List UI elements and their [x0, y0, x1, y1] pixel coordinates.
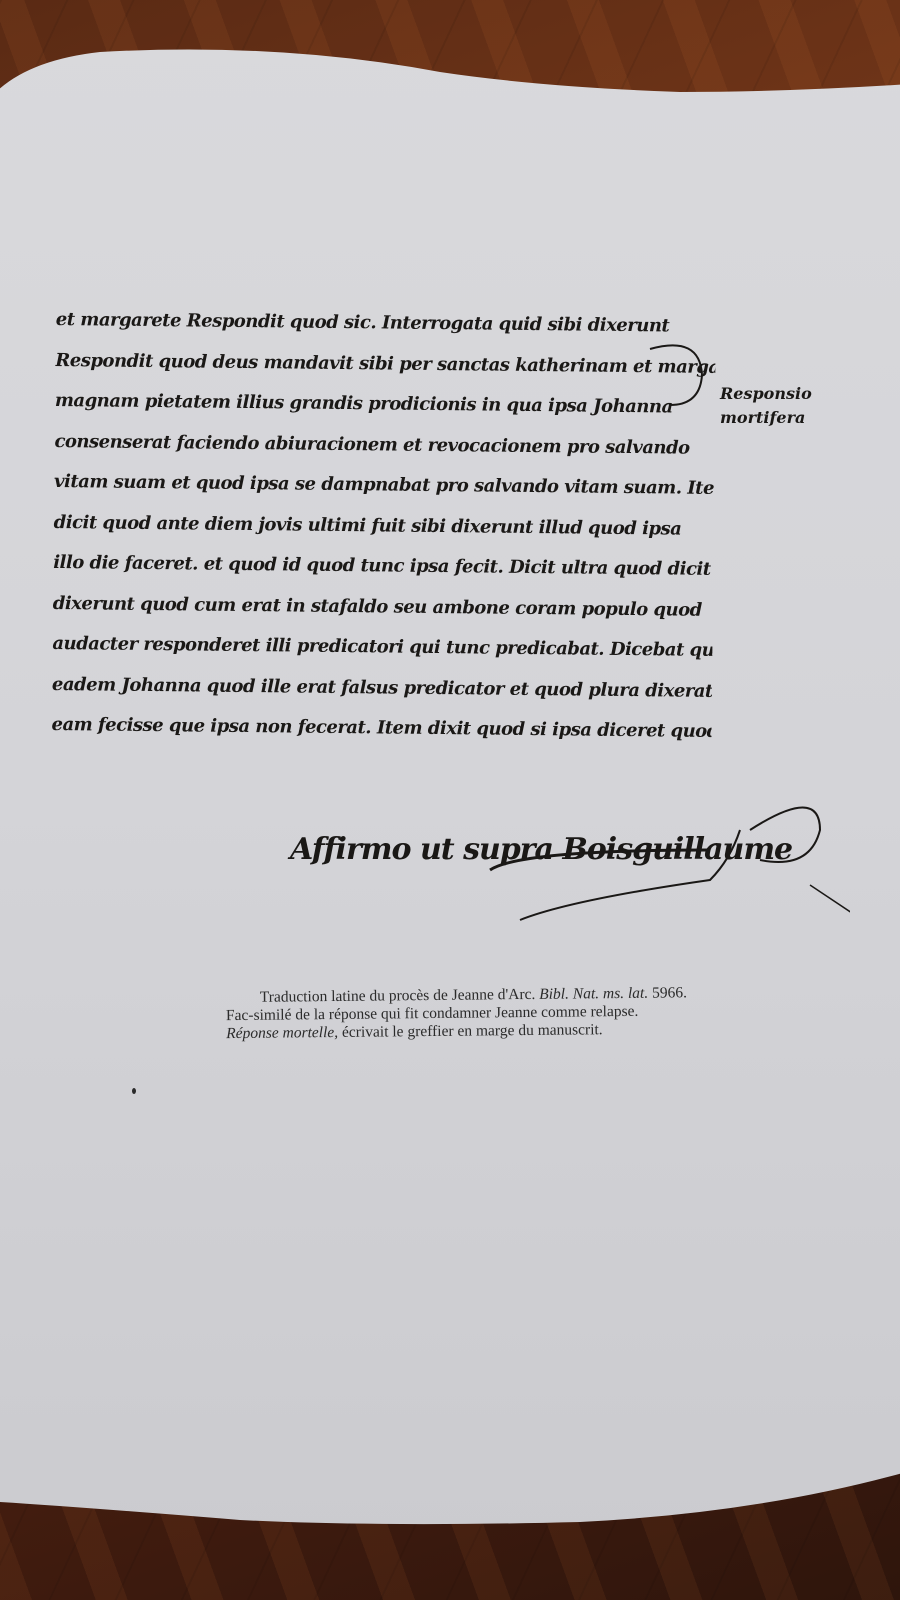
caption-source: Bibl. Nat. ms. lat.: [539, 985, 648, 1003]
manuscript-line: vitam suam et quod ipsa se dampnabat pro…: [54, 462, 714, 509]
ink-speck: [132, 1088, 136, 1094]
manuscript-line: eadem Johanna quod ille erat falsus pred…: [52, 664, 712, 711]
manuscript-line: eam fecisse que ipsa non fecerat. Item d…: [51, 705, 711, 752]
margin-note: Responsio mortifera: [720, 382, 812, 430]
bracket-flourish-icon: [640, 335, 710, 415]
manuscript-facsimile: et margarete Respondit quod sic. Interro…: [51, 300, 716, 752]
manuscript-line: magnam pietatem illius grandis prodicion…: [55, 381, 715, 428]
manuscript-line: consenserat faciendo abiuracionem et rev…: [54, 421, 714, 468]
manuscript-line: Respondit quod deus mandavit sibi per sa…: [55, 340, 715, 387]
manuscript-line: audacter responderet illi predicatori qu…: [52, 624, 712, 671]
margin-note-line: Responsio: [720, 382, 812, 406]
figure-caption: Traduction latine du procès de Jeanne d'…: [226, 983, 827, 1043]
manuscript-line: dixerunt quod cum erat in stafaldo seu a…: [53, 583, 713, 630]
notary-signature: Affirmo ut supra Boisguillaume: [290, 790, 850, 940]
signature-flourish-icon: [290, 790, 850, 940]
book-page: [0, 22, 900, 1542]
manuscript-line: dicit quod ante diem jovis ultimi fuit s…: [53, 502, 713, 549]
manuscript-line: illo die faceret. et quod id quod tunc i…: [53, 543, 713, 590]
manuscript-line: et margarete Respondit quod sic. Interro…: [56, 300, 716, 347]
margin-note-line: mortifera: [720, 406, 812, 430]
